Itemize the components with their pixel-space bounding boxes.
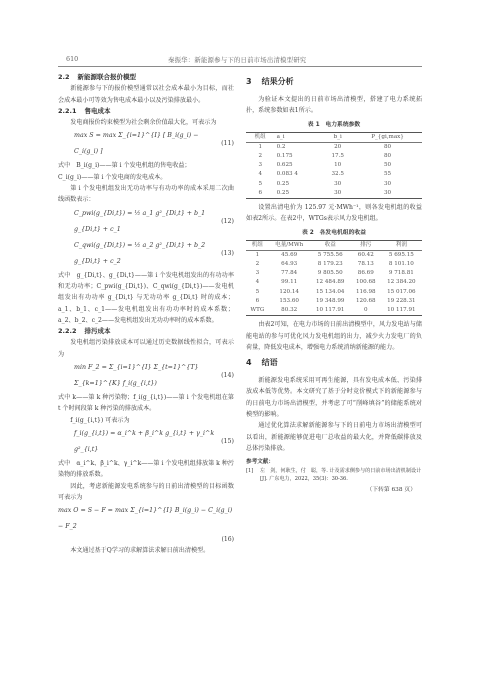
table-header: 机组 bbox=[246, 240, 269, 250]
paragraph: 由表2可知，在电力市场的日前出清模型中，风力发电站与储能电站的参与可优化风力发电… bbox=[246, 319, 422, 353]
paragraph: 因此，考虑新能源发电系统参与的日前出清模型的目标函数可表示为 bbox=[58, 481, 234, 504]
page-header: 610 秦振华：新能源参与下的日前市场出清模型研究 bbox=[58, 52, 422, 67]
table-2-caption: 表 2 各发电机组的收益 bbox=[246, 229, 422, 238]
table-row: 30.6251050 bbox=[246, 161, 422, 170]
running-title: 秦振华：新能源参与下的日前市场出清模型研究 bbox=[168, 55, 306, 64]
paragraph: 发电机组污染排放成本可以通过历史数据线性拟合，可表示为 bbox=[58, 337, 234, 360]
section-heading-2-2: 2.2新能源联合报价模型 bbox=[58, 72, 234, 83]
table-row: 10.22080 bbox=[246, 142, 422, 152]
equation-13: C_qwi(g_{Di,t}) = ½ a_2 g²_{Di,t} + b_2 … bbox=[58, 238, 234, 270]
table-header: P_{gi,max} bbox=[353, 132, 422, 142]
table-header: 机组 bbox=[246, 132, 275, 142]
section-heading-2-2-1: 2.2.1售电成本 bbox=[58, 106, 234, 117]
paragraph: 为验证本文提出的日前市场出清模型，搭建了电力系统拓扑，系统参数如表1所示。 bbox=[246, 94, 422, 117]
equation-definition: 式中 k——第 k 种污染物；f_i(g_{i,t})——第 i 个发电机组在第… bbox=[58, 392, 234, 415]
section-heading-3: 3结果分析 bbox=[246, 76, 422, 88]
table-2: 机组 电量/MWh 收益 排污 利润 145.695 755.5660.425 … bbox=[246, 240, 422, 317]
equation-12: C_pwi(g_{Di,t}) = ½ a_1 g²_{Di,t} + b_1 … bbox=[58, 206, 234, 238]
table-1-caption: 表 1 电力系统参数 bbox=[246, 121, 422, 130]
paragraph: 第 i 个发电机组发出无功功率与有功功率的成本采用二次曲线函数表示： bbox=[58, 183, 234, 206]
table-header: b_i bbox=[322, 132, 353, 142]
table-header: a_i bbox=[275, 132, 323, 142]
paragraph: 新能源发电系统采用可再生能源，具有发电成本低、污染排放成本低等优势。本文研究了基… bbox=[246, 375, 422, 420]
table-row: 145.695 755.5660.425 695.15 bbox=[246, 250, 422, 260]
paragraph: 新能源参与下的报价模型通常以社会成本最小为目标，而社会成本最小可等效为售电成本最… bbox=[58, 83, 234, 106]
table-row: 20.17517.580 bbox=[246, 152, 422, 161]
paragraph: f_i(g_{i,t}) 可表示为 bbox=[58, 415, 234, 426]
table-header: 电量/MWh bbox=[269, 240, 310, 250]
table-row: 50.253030 bbox=[246, 180, 422, 189]
table-row: 60.253030 bbox=[246, 189, 422, 199]
equation-definition: 式中 g_{Di,t}、g_{Di,t}——第 i 个发电机组发出的有功功率和无… bbox=[58, 270, 234, 326]
right-column: 3结果分析 为验证本文提出的日前市场出清模型，搭建了电力系统拓扑，系统参数如表1… bbox=[246, 72, 422, 497]
table-row: 5120.1415 134.04116.9815 017.06 bbox=[246, 288, 422, 297]
table-1: 机组 a_i b_i P_{gi,max} 10.22080 20.17517.… bbox=[246, 132, 422, 199]
table-row: WTG80.3210 117.91010 117.91 bbox=[246, 306, 422, 316]
reference-item: [1] 左 剑，何耿生，付 聪，等. 计及需求侧参与的日前市场出清机制设计[J]… bbox=[246, 467, 422, 483]
table-header: 排污 bbox=[351, 240, 381, 250]
equation-definition: 式中 B_i(g_i)——第 i 个发电机组的售电收益； bbox=[58, 160, 234, 171]
left-column: 2.2新能源联合报价模型 新能源参与下的报价模型通常以社会成本最小为目标，而社会… bbox=[58, 72, 234, 556]
table-row: 264.938 179.2378.138 101.10 bbox=[246, 260, 422, 269]
page-number: 610 bbox=[66, 55, 78, 63]
paragraph: 设置出清电价为 125.97 元·MWh⁻¹，则各发电机组的收益如表2所示。在表… bbox=[246, 202, 422, 225]
table-row: 6153.6019 348.99120.6819 228.31 bbox=[246, 297, 422, 306]
equation-16: max O = S − F = max Σ_{i=1}^{I} B_i(g_i)… bbox=[58, 503, 234, 535]
paragraph: 本文通过基于Q学习的求解算法求解日前出清模型。 bbox=[58, 545, 234, 556]
equation-16-number: (16) bbox=[58, 535, 234, 545]
equation-definition: 式中 α_i^k、β_i^k、γ_i^k——第 i 个发电机组排放第 k 种污染… bbox=[58, 458, 234, 481]
table-header: 利润 bbox=[381, 240, 422, 250]
paragraph: 通过优化算法求解新能源参与下的日前电力市场出清模型可以看出，新能源能够促进电厂总… bbox=[246, 420, 422, 454]
table-row: 40.083 432.555 bbox=[246, 170, 422, 179]
table-header: 收益 bbox=[310, 240, 351, 250]
equation-14: min F_2 = Σ_{i=1}^{I} Σ_{t=1}^{T} Σ_{k=1… bbox=[58, 360, 234, 392]
equation-15: f_i(g_{i,t}) = α_i^k + β_i^k g_{i,t} + γ… bbox=[58, 426, 234, 458]
section-heading-2-2-2: 2.2.2排污成本 bbox=[58, 326, 234, 337]
references-heading: 参考文献： bbox=[246, 458, 422, 467]
section-heading-4: 4结语 bbox=[246, 357, 422, 369]
equation-11: max S = max Σ_{i=1}^{I} [ B_i(g_i) − C_i… bbox=[58, 128, 234, 160]
paragraph: 发电商报价约束模型为社会剩余价值最大化，可表示为 bbox=[58, 117, 234, 128]
continued-note: （下转第 638 页） bbox=[246, 485, 422, 496]
equation-definition: C_i(g_i)——第 i 个发电商的发电成本。 bbox=[58, 172, 234, 183]
table-row: 499.1112 484.89100.6812 384.20 bbox=[246, 278, 422, 287]
table-row: 377.849 805.5086.699 718.81 bbox=[246, 269, 422, 278]
